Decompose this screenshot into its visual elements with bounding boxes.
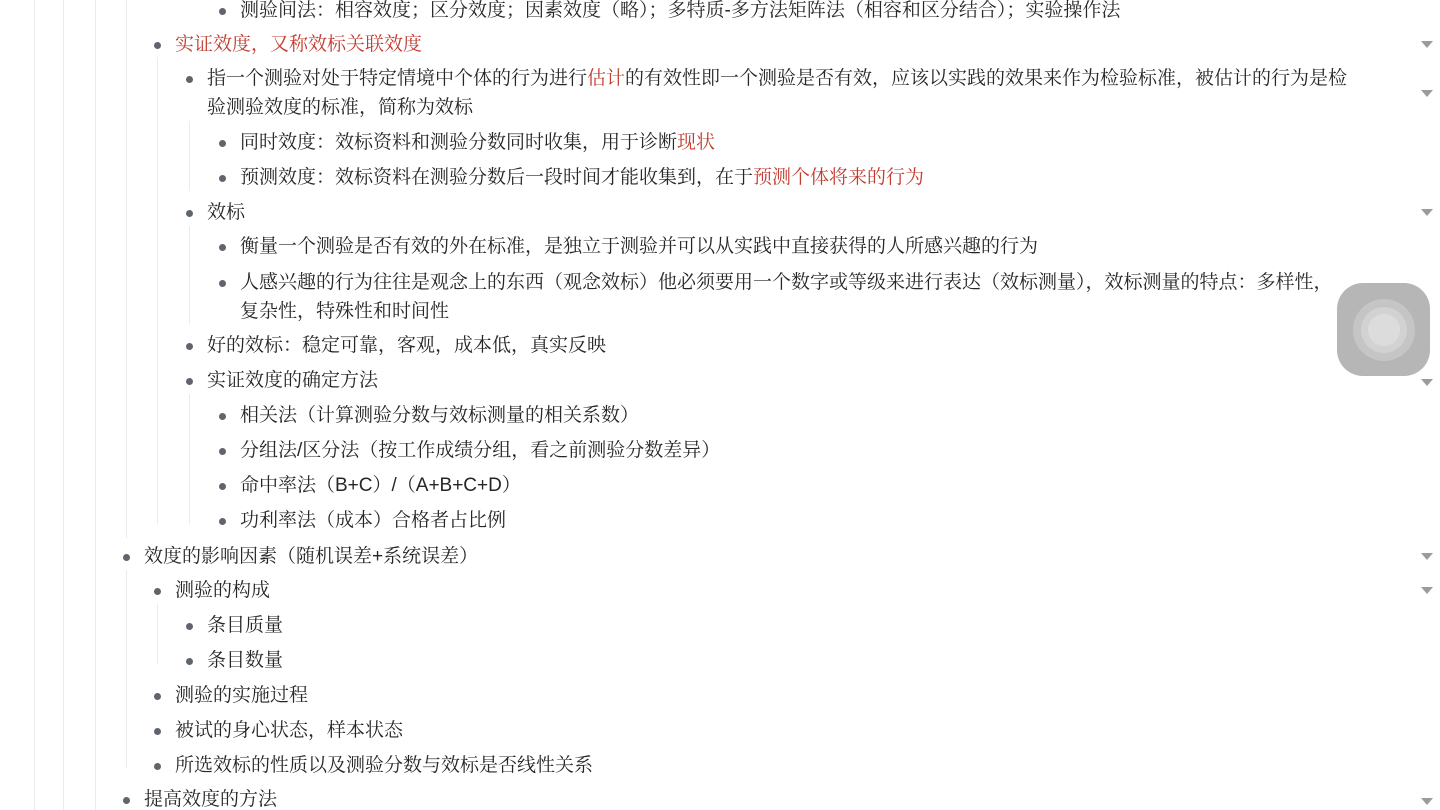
outline-item-text[interactable]: 好的效标：稳定可靠，客观，成本低，真实反映 [207, 331, 606, 360]
text-segment: 测验间法：相容效度；区分效度；因素效度（略）；多特质-多方法矩阵法（相容和区分结… [240, 0, 1120, 21]
outline-text-line: 复杂性，特殊性和时间性 [240, 297, 1333, 326]
outline-text-line: 被试的身心状态，样本状态 [175, 716, 403, 745]
indent-guide-line [189, 394, 190, 524]
indent-guide-line [126, 0, 127, 538]
outline-text-line: 所选效标的性质以及测验分数与效标是否线性关系 [175, 751, 593, 780]
collapse-chevron-icon[interactable] [1421, 209, 1433, 216]
indent-guide-line [189, 226, 190, 324]
outline-item-text[interactable]: 指一个测验对处于特定情境中个体的行为进行估计的有效性即一个测验是否有效，应该以实… [207, 64, 1347, 122]
text-segment: 条目质量 [207, 615, 283, 636]
text-segment: 预测效度：效标资料在测验分数后一段时间才能收集到，在于 [240, 167, 753, 188]
text-segment: 验测验效度的标准，简称为效标 [207, 97, 473, 118]
outline-item-text[interactable]: 分组法/区分法（按工作成绩分组，看之前测验分数差异） [240, 436, 720, 465]
text-segment: 功利率法（成本）合格者占比例 [240, 510, 506, 531]
text-segment: 分组法/区分法（按工作成绩分组，看之前测验分数差异） [240, 440, 720, 461]
outline-text-line: 条目数量 [207, 646, 283, 675]
outline-item-text[interactable]: 测验间法：相容效度；区分效度；因素效度（略）；多特质-多方法矩阵法（相容和区分结… [240, 0, 1120, 25]
indent-guide-line [157, 604, 158, 664]
text-segment: 好的效标：稳定可靠，客观，成本低，真实反映 [207, 335, 606, 356]
bullet-dot[interactable] [123, 797, 130, 804]
text-segment: 效度的影响因素（随机误差+系统误差） [144, 546, 478, 567]
bullet-dot[interactable] [219, 175, 226, 182]
assistive-touch-dot-icon [1368, 314, 1400, 346]
bullet-dot[interactable] [154, 42, 161, 49]
outline-text-line: 指一个测验对处于特定情境中个体的行为进行估计的有效性即一个测验是否有效，应该以实… [207, 64, 1347, 93]
bullet-dot[interactable] [219, 244, 226, 251]
collapse-chevron-icon[interactable] [1421, 90, 1433, 97]
outline-item-text[interactable]: 人感兴趣的行为往往是观念上的东西（观念效标）他必须要用一个数字或等级来进行表达（… [240, 268, 1333, 326]
text-segment: 人感兴趣的行为往往是观念上的东西（观念效标）他必须要用一个数字或等级来进行表达（… [240, 272, 1333, 293]
text-segment: 相关法（计算测验分数与效标测量的相关系数） [240, 405, 639, 426]
outline-text-line: 相关法（计算测验分数与效标测量的相关系数） [240, 401, 639, 430]
indent-guide-line [34, 0, 35, 810]
indent-guide-line [63, 0, 64, 810]
outline-text-line: 好的效标：稳定可靠，客观，成本低，真实反映 [207, 331, 606, 360]
assistive-touch-button[interactable] [1337, 283, 1430, 376]
outline-item-text[interactable]: 预测效度：效标资料在测验分数后一段时间才能收集到，在于预测个体将来的行为 [240, 163, 924, 192]
outline-text-line: 分组法/区分法（按工作成绩分组，看之前测验分数差异） [240, 436, 720, 465]
outline-text-line: 效标 [207, 198, 245, 227]
outline-text-line: 命中率法（B+C）/（A+B+C+D） [240, 471, 521, 500]
bullet-dot[interactable] [154, 693, 161, 700]
outline-text-line: 验测验效度的标准，简称为效标 [207, 93, 1347, 122]
bullet-dot[interactable] [219, 280, 226, 287]
outline-text-line: 功利率法（成本）合格者占比例 [240, 506, 506, 535]
outline-item-text[interactable]: 衡量一个测验是否有效的外在标准，是独立于测验并可以从实践中直接获得的人所感兴趣的… [240, 232, 1038, 261]
text-segment: 测验的构成 [175, 580, 270, 601]
bullet-dot[interactable] [186, 76, 193, 83]
bullet-dot[interactable] [219, 448, 226, 455]
assistive-touch-ring [1353, 299, 1415, 361]
outline-item-text[interactable]: 提高效度的方法 [144, 785, 277, 810]
outline-document: 测验间法：相容效度；区分效度；因素效度（略）；多特质-多方法矩阵法（相容和区分结… [0, 0, 1440, 810]
outline-text-line: 人感兴趣的行为往往是观念上的东西（观念效标）他必须要用一个数字或等级来进行表达（… [240, 268, 1333, 297]
outline-item-text[interactable]: 功利率法（成本）合格者占比例 [240, 506, 506, 535]
bullet-dot[interactable] [219, 483, 226, 490]
bullet-dot[interactable] [186, 343, 193, 350]
bullet-dot[interactable] [219, 518, 226, 525]
outline-text-line: 同时效度：效标资料和测验分数同时收集，用于诊断现状 [240, 128, 715, 157]
outline-text-line: 实证效度的确定方法 [207, 366, 378, 395]
text-segment: 实证效度的确定方法 [207, 370, 378, 391]
outline-item-text[interactable]: 实证效度的确定方法 [207, 366, 378, 395]
bullet-dot[interactable] [186, 658, 193, 665]
text-segment: 所选效标的性质以及测验分数与效标是否线性关系 [175, 755, 593, 776]
outline-text-line: 条目质量 [207, 611, 283, 640]
indent-guide-line [95, 0, 96, 810]
outline-item-text[interactable]: 实证效度，又称效标关联效度 [175, 30, 422, 59]
text-segment: 指一个测验对处于特定情境中个体的行为进行 [207, 68, 587, 89]
outline-text-line: 预测效度：效标资料在测验分数后一段时间才能收集到，在于预测个体将来的行为 [240, 163, 924, 192]
indent-guide-line [157, 57, 158, 524]
text-segment: 命中率法（B+C）/（A+B+C+D） [240, 475, 521, 496]
highlighted-text-segment: 现状 [677, 132, 715, 153]
bullet-dot[interactable] [219, 8, 226, 15]
outline-text-line: 效度的影响因素（随机误差+系统误差） [144, 542, 478, 571]
collapse-chevron-icon[interactable] [1421, 587, 1433, 594]
highlighted-text-segment: 预测个体将来的行为 [753, 167, 924, 188]
bullet-dot[interactable] [186, 210, 193, 217]
outline-item-text[interactable]: 条目数量 [207, 646, 283, 675]
outline-text-line: 提高效度的方法 [144, 785, 277, 810]
text-segment: 的有效性即一个测验是否有效，应该以实践的效果来作为检验标准，被估计的行为是检 [625, 68, 1347, 89]
outline-text-line: 测验间法：相容效度；区分效度；因素效度（略）；多特质-多方法矩阵法（相容和区分结… [240, 0, 1120, 25]
outline-item-text[interactable]: 相关法（计算测验分数与效标测量的相关系数） [240, 401, 639, 430]
bullet-dot[interactable] [219, 140, 226, 147]
text-segment: 提高效度的方法 [144, 789, 277, 810]
outline-item-text[interactable]: 条目质量 [207, 611, 283, 640]
collapse-chevron-icon[interactable] [1421, 798, 1433, 805]
assistive-touch-core [1361, 307, 1407, 353]
text-segment: 效标 [207, 202, 245, 223]
outline-text-line: 测验的构成 [175, 576, 270, 605]
outline-text-line: 测验的实施过程 [175, 681, 308, 710]
bullet-dot[interactable] [123, 554, 130, 561]
text-segment: 同时效度：效标资料和测验分数同时收集，用于诊断 [240, 132, 677, 153]
outline-item-text[interactable]: 所选效标的性质以及测验分数与效标是否线性关系 [175, 751, 593, 780]
text-segment: 条目数量 [207, 650, 283, 671]
bullet-dot[interactable] [154, 763, 161, 770]
bullet-dot[interactable] [186, 623, 193, 630]
bullet-dot[interactable] [186, 378, 193, 385]
collapse-chevron-icon[interactable] [1421, 41, 1433, 48]
outline-item-text[interactable]: 命中率法（B+C）/（A+B+C+D） [240, 471, 521, 500]
highlighted-text-segment: 估计 [587, 68, 625, 89]
indent-guide-line [126, 570, 127, 768]
text-segment: 测验的实施过程 [175, 685, 308, 706]
bullet-dot[interactable] [154, 728, 161, 735]
outline-item-text[interactable]: 同时效度：效标资料和测验分数同时收集，用于诊断现状 [240, 128, 715, 157]
bullet-dot[interactable] [219, 413, 226, 420]
text-segment: 复杂性，特殊性和时间性 [240, 301, 449, 322]
outline-item-text[interactable]: 测验的实施过程 [175, 681, 308, 710]
outline-item-text[interactable]: 被试的身心状态，样本状态 [175, 716, 403, 745]
outline-item-text[interactable]: 测验的构成 [175, 576, 270, 605]
text-segment: 衡量一个测验是否有效的外在标准，是独立于测验并可以从实践中直接获得的人所感兴趣的… [240, 236, 1038, 257]
outline-text-line: 衡量一个测验是否有效的外在标准，是独立于测验并可以从实践中直接获得的人所感兴趣的… [240, 232, 1038, 261]
indent-guide-line [189, 121, 190, 191]
outline-text-line: 实证效度，又称效标关联效度 [175, 30, 422, 59]
collapse-chevron-icon[interactable] [1421, 553, 1433, 560]
outline-item-text[interactable]: 效度的影响因素（随机误差+系统误差） [144, 542, 478, 571]
text-segment: 被试的身心状态，样本状态 [175, 720, 403, 741]
highlighted-text-segment: 实证效度，又称效标关联效度 [175, 34, 422, 55]
bullet-dot[interactable] [154, 588, 161, 595]
collapse-chevron-icon[interactable] [1421, 379, 1433, 386]
outline-item-text[interactable]: 效标 [207, 198, 245, 227]
